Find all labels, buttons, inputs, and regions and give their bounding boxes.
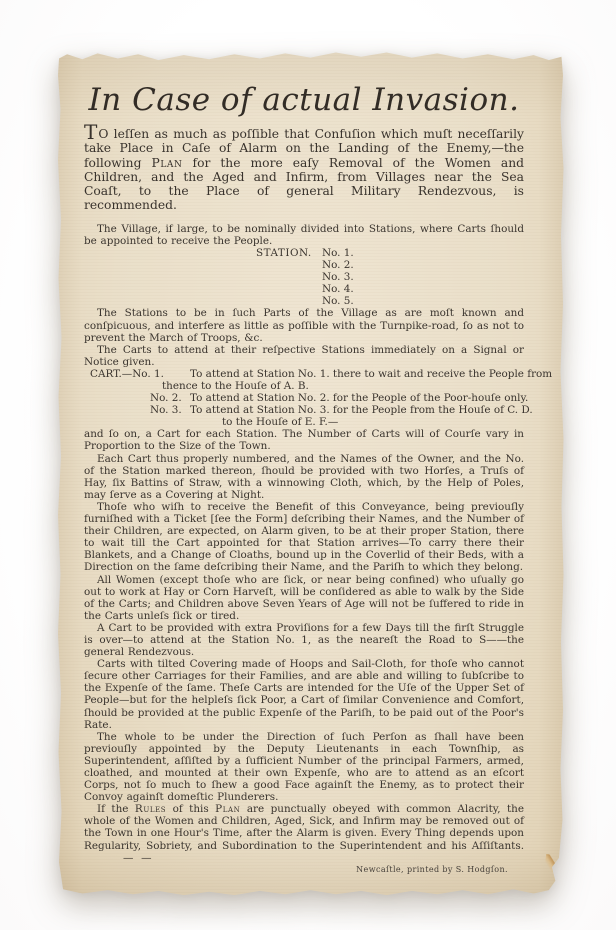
paragraph-village: The Village, if large, to be nominally d… bbox=[84, 223, 524, 247]
intro-paragraph: TO leſſen as much as poſſible that Confu… bbox=[84, 127, 524, 213]
broadside-paper: In Case of actual Invasion. TO leſſen as… bbox=[57, 50, 564, 896]
paragraph-and-so-on: and ſo on, a Cart for each Station. The … bbox=[84, 428, 524, 452]
cart-continuation: thence to the Houſe of A. B. bbox=[162, 380, 524, 392]
paragraph-each-cart: Each Cart thus properly numbered, and th… bbox=[84, 453, 524, 501]
paragraph-stations: The Stations to be in ſuch Parts of the … bbox=[84, 307, 524, 343]
rules-text: If the Rules of this Plan are punctually… bbox=[84, 803, 524, 851]
filler-dashes: — — bbox=[110, 852, 153, 864]
printer-imprint: Newcaſtle, printed by S. Hodgſon. bbox=[84, 865, 524, 875]
paper-shadow: In Case of actual Invasion. TO leſſen as… bbox=[57, 50, 564, 896]
paragraph-those-who: Thoſe who wiſh to receive the Benefit of… bbox=[84, 501, 524, 574]
cart-label: CART.—No. 1. bbox=[84, 368, 190, 380]
paragraph-whole-direction: The whole to be under the Direction of ſ… bbox=[84, 731, 524, 804]
photo-background: In Case of actual Invasion. TO leſſen as… bbox=[0, 0, 616, 930]
cart-label: No. 3. bbox=[84, 404, 190, 416]
station-number: No. 1. bbox=[322, 247, 354, 259]
station-row: STATION.No. 1. bbox=[256, 247, 524, 259]
document-title: In Case of actual Invasion. bbox=[84, 82, 524, 118]
station-number: No. 2. bbox=[322, 259, 524, 271]
cart-list: CART.—No. 1.To attend at Station No. 1. … bbox=[84, 368, 524, 428]
intro-text: O leſſen as much as poſſible that Confuſ… bbox=[84, 127, 524, 212]
paragraph-rules: If the Rules of this Plan are punctually… bbox=[84, 803, 524, 863]
paragraph-extra-cart: A Cart to be provided with extra Proviſi… bbox=[84, 622, 524, 658]
station-number: No. 3. bbox=[322, 271, 524, 283]
cart-row: No. 3.To attend at Station No. 3. for th… bbox=[84, 404, 524, 416]
cart-row: No. 2.To attend at Station No. 2. for th… bbox=[84, 392, 524, 404]
paragraph-carts-intro: The Carts to attend at their reſpective … bbox=[84, 344, 524, 368]
station-list: STATION.No. 1. No. 2. No. 3. No. 4. No. … bbox=[84, 247, 524, 307]
station-number: No. 4. bbox=[322, 283, 524, 295]
station-number: No. 5. bbox=[322, 295, 524, 307]
cart-text: To attend at Station No. 2. for the Peop… bbox=[190, 392, 528, 404]
cart-label: No. 2. bbox=[84, 392, 190, 404]
printed-text-area: In Case of actual Invasion. TO leſſen as… bbox=[57, 50, 564, 875]
paragraph-tilted-carts: Carts with tilted Covering made of Hoops… bbox=[84, 658, 524, 731]
drop-cap-letter: T bbox=[84, 120, 97, 144]
cart-text: To attend at Station No. 3. for the Peop… bbox=[190, 404, 533, 416]
cart-continuation: to the Houſe of E. F.— bbox=[222, 416, 524, 428]
station-label: STATION. bbox=[256, 247, 322, 259]
paragraph-all-women: All Women (except thoſe who are ſick, or… bbox=[84, 574, 524, 622]
cart-row: CART.—No. 1.To attend at Station No. 1. … bbox=[84, 368, 524, 380]
paper-corner-curl bbox=[544, 854, 561, 873]
cart-text: To attend at Station No. 1. there to wai… bbox=[190, 368, 552, 380]
